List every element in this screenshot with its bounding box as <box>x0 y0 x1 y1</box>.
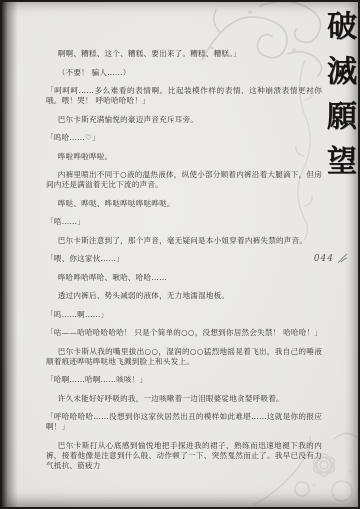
page-number-block: 044 <box>314 253 348 264</box>
text-paragraph: 哗哈哗哈哗哈、啾哈、哈哈…… <box>46 273 322 283</box>
text-paragraph: 巴尔卡斯打从心底感到愉悦地把手探进我的裙子，熟练而迅速地褪下我的内裤，接着他像是… <box>46 441 322 471</box>
text-column: 啊啊、糟糕、这个、糟糕、要出来了。糟糕、糟糕。」（不要！ 骗人……）「呵呵呵……… <box>46 49 322 479</box>
text-paragraph: 「呵呵呵……多么难看的表情啊。比起装模作样的表情、这种崩溃表情更衬你哦。喂！哭！… <box>46 86 322 106</box>
scanned-novel-page: 破滅願望 044 啊啊、糟糕、这个、糟糕、要出来了。糟糕、糟糕。」（不要！ 骗人… <box>0 0 360 509</box>
text-paragraph: 「呜……啊……」 <box>46 310 322 320</box>
left-scan-shadow <box>2 2 18 507</box>
text-paragraph: 「呼哈哈哈哈……没想到你这家伙居然出丑的模样如此难堪……这就是你的报应啊！」 <box>46 412 322 432</box>
text-paragraph: 哗啦哗啦哗啦。 <box>46 152 322 162</box>
text-paragraph: 「喂、你这家伙……」 <box>46 254 322 264</box>
text-paragraph: 「哈啊……哈啊……咳咳！」 <box>46 375 322 385</box>
text-paragraph: 「咕——哈哈哈哈哈哈！ 只是个简单的○○，没想到你居然会失禁！ 哈哈哈！」 <box>46 328 322 338</box>
text-paragraph: 啊啊、糟糕、这个、糟糕、要出来了。糟糕、糟糕。」 <box>46 49 322 59</box>
text-paragraph: 透过内裤后、势头减弱的液体，无力地濡湿地板。 <box>46 291 322 301</box>
page-number: 044 <box>314 254 334 264</box>
text-paragraph: （不要！ 骗人……） <box>46 68 322 78</box>
text-paragraph: 巴尔卡斯充满愉悦的豪迈声音充斥耳旁。 <box>46 115 322 125</box>
text-paragraph: 「呜哈……♡」 <box>46 133 322 143</box>
text-paragraph: 「唔……」 <box>46 217 322 227</box>
book-title: 破滅願望 <box>323 10 353 190</box>
text-paragraph: 巴尔卡斯从我的嘴里拔出○○，湿润的○○猛烈地摇晃着飞出，我自己的唾液顺着痕迹哗哒… <box>46 347 322 367</box>
page-number-leaf-icon <box>337 253 348 264</box>
text-paragraph: 巴尔卡斯注意到了，那个声音，毫无疑问是本小姐穿着内裤失禁的声音。 <box>46 236 322 246</box>
text-paragraph: 内裤里喷出不同于○液的温热液体，纵使小部分顺着内裤沿着大腿滴下，但房间内还是满溢… <box>46 170 322 190</box>
text-paragraph: 哗哒、哗哒、哗哒哗哒哗哒哗哒。 <box>46 199 322 209</box>
text-paragraph: 许久未能好好呼吸的我，一边咳嗽着一边泪眼婆娑地贪婪呼吸着。 <box>46 394 322 404</box>
